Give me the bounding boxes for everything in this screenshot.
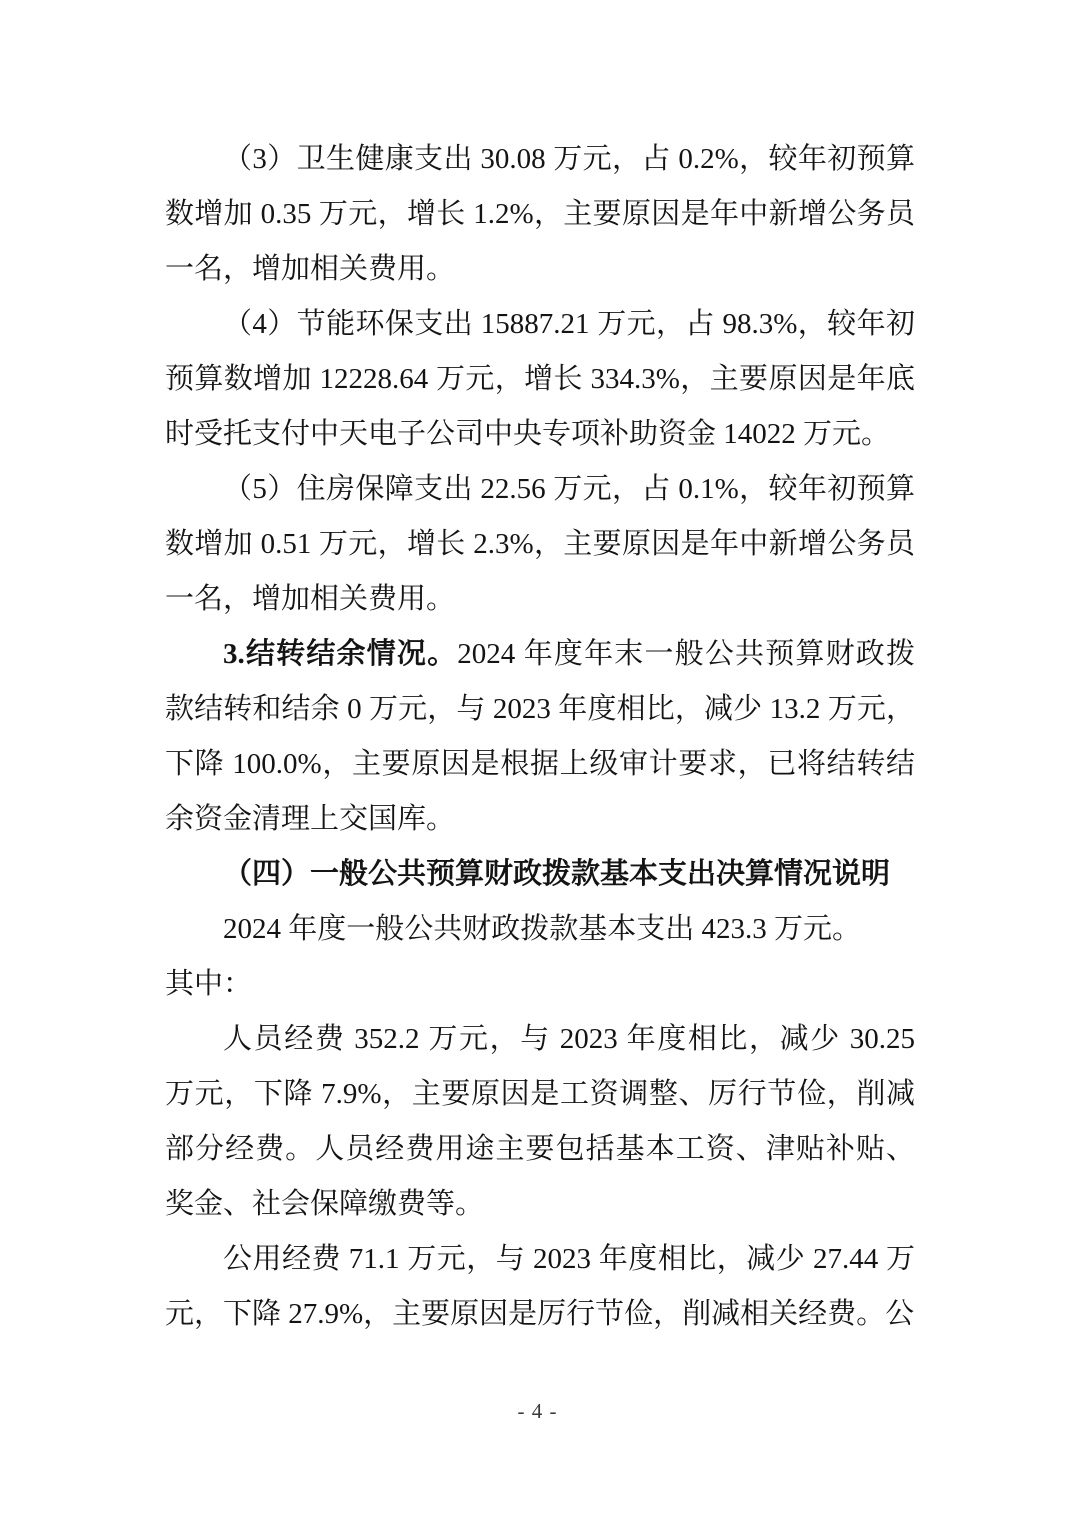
paragraph-carryover-balance: 3.结转结余情况。2024 年度年末一般公共预算财政拨款结转和结余 0 万元，与… [165,627,915,847]
paragraph-basic-expenditure-total: 2024 年度一般公共财政拨款基本支出 423.3 万元。 其中： [165,902,915,1012]
paragraph-basic-expenditure-total-continuation: 其中： [165,968,252,1000]
paragraph-energy-conservation-expenditure: （4）节能环保支出 15887.21 万元，占 98.3%，较年初预算数增加 1… [165,297,915,462]
paragraph-public-funds-text: 公用经费 71.1 万元，与 2023 年度相比，减少 27.44 万元，下降 … [165,1243,915,1330]
paragraph-personnel-funds: 人员经费 352.2 万元，与 2023 年度相比，减少 30.25 万元，下降… [165,1012,915,1232]
heading-basic-expenditure-section-text: （四）一般公共预算财政拨款基本支出决算情况说明 [223,858,890,890]
paragraph-public-funds: 公用经费 71.1 万元，与 2023 年度相比，减少 27.44 万元，下降 … [165,1232,915,1342]
paragraph-carryover-balance-lead: 3.结转结余情况。 [223,638,457,670]
page-number: - 4 - [0,1396,1075,1426]
paragraph-health-expenditure-text: （3）卫生健康支出 30.08 万元，占 0.2%，较年初预算数增加 0.35 … [165,143,915,285]
paragraph-housing-security-expenditure: （5）住房保障支出 22.56 万元，占 0.1%，较年初预算数增加 0.51 … [165,462,915,627]
paragraph-basic-expenditure-total-text: 2024 年度一般公共财政拨款基本支出 423.3 万元。 [223,913,861,945]
document-body: （3）卫生健康支出 30.08 万元，占 0.2%，较年初预算数增加 0.35 … [165,132,915,1342]
paragraph-personnel-funds-text: 人员经费 352.2 万元，与 2023 年度相比，减少 30.25 万元，下降… [165,1023,915,1220]
heading-basic-expenditure-section: （四）一般公共预算财政拨款基本支出决算情况说明 [165,847,915,902]
paragraph-housing-security-expenditure-text: （5）住房保障支出 22.56 万元，占 0.1%，较年初预算数增加 0.51 … [165,473,915,615]
paragraph-health-expenditure: （3）卫生健康支出 30.08 万元，占 0.2%，较年初预算数增加 0.35 … [165,132,915,297]
paragraph-energy-conservation-expenditure-text: （4）节能环保支出 15887.21 万元，占 98.3%，较年初预算数增加 1… [165,308,915,450]
document-page: （3）卫生健康支出 30.08 万元，占 0.2%，较年初预算数增加 0.35 … [0,0,1075,1520]
